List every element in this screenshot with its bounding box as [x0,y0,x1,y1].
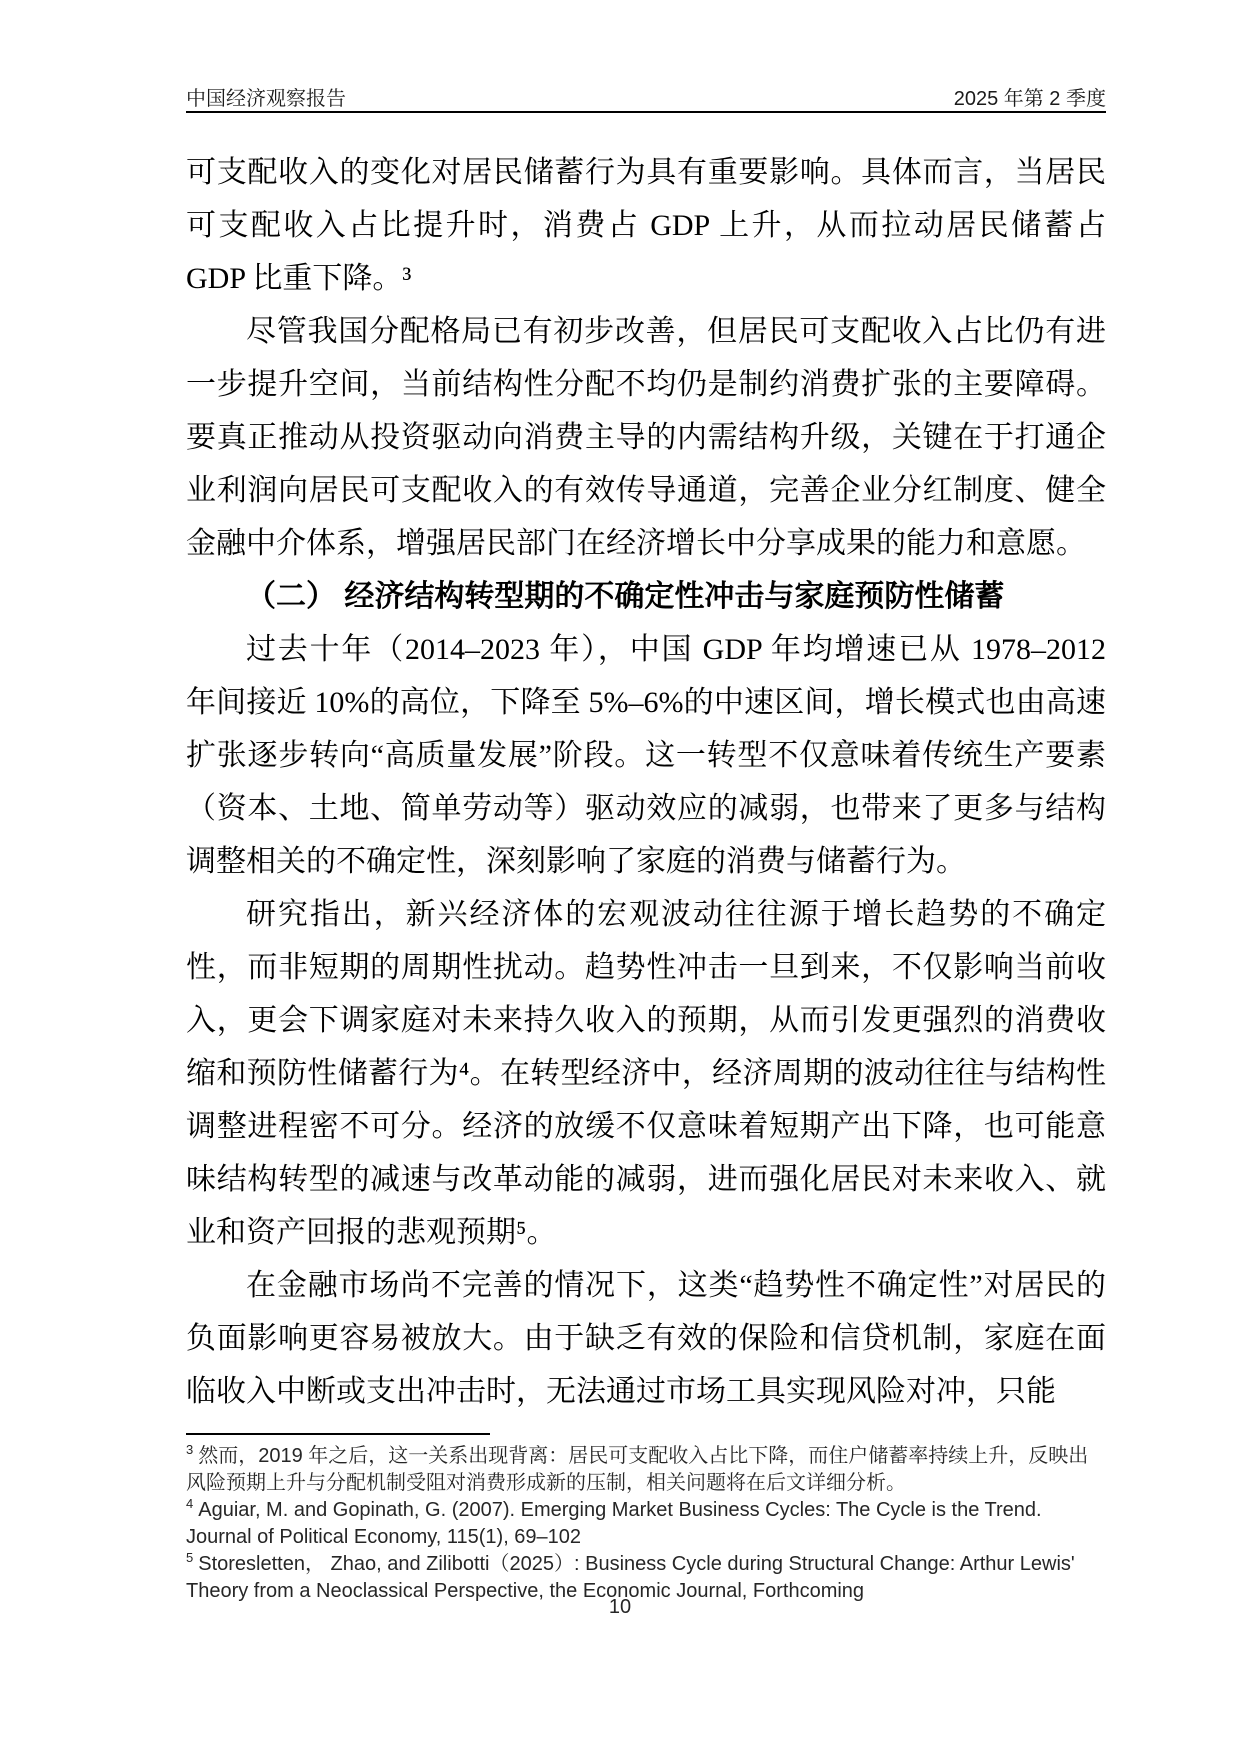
footnote-marker: 5 [186,1550,193,1565]
footnote: 4Aguiar, M. and Gopinath, G. (2007). Eme… [186,1497,1106,1551]
paragraph: 研究指出，新兴经济体的宏观波动往往源于增长趋势的不确定性，而非短期的周期性扰动。… [186,888,1106,1259]
paragraph-continued: 可支配收入的变化对居民储蓄行为具有重要影响。具体而言，当居民可支配收入占比提升时… [186,146,1106,305]
footnote-area: 3然而，2019 年之后，这一关系出现背离：居民可支配收入占比下降，而住户储蓄率… [186,1433,1106,1605]
document-page: 中国经济观察报告 2025 年第 2 季度 可支配收入的变化对居民储蓄行为具有重… [0,0,1240,1754]
footnote-separator [186,1433,490,1435]
section-heading: （二） 经济结构转型期的不确定性冲击与家庭预防性储蓄 [186,570,1106,623]
body-text: 可支配收入的变化对居民储蓄行为具有重要影响。具体而言，当居民可支配收入占比提升时… [186,146,1106,1418]
paragraph: 在金融市场尚不完善的情况下，这类“趋势性不确定性”对居民的负面影响更容易被放大。… [186,1259,1106,1418]
footnote-marker: 3 [186,1442,193,1457]
header-journal-title: 中国经济观察报告 [186,82,346,111]
header-rule [186,111,1106,113]
page-number: 10 [0,1596,1240,1619]
footnote-text: Aguiar, M. and Gopinath, G. (2007). Emer… [186,1499,1042,1548]
paragraph: 尽管我国分配格局已有初步改善，但居民可支配收入占比仍有进一步提升空间，当前结构性… [186,305,1106,570]
footnote-text: Storesletten， Zhao, and Zilibotti（2025）:… [186,1553,1075,1602]
page-header: 中国经济观察报告 2025 年第 2 季度 [186,82,1106,111]
header-issue: 2025 年第 2 季度 [954,82,1106,111]
footnote-text: 然而，2019 年之后，这一关系出现背离：居民可支配收入占比下降，而住户储蓄率持… [186,1445,1088,1494]
paragraph: 过去十年（2014–2023 年），中国 GDP 年均增速已从 1978–201… [186,623,1106,888]
footnote: 3然而，2019 年之后，这一关系出现背离：居民可支配收入占比下降，而住户储蓄率… [186,1443,1106,1497]
footnote-marker: 4 [186,1496,193,1511]
